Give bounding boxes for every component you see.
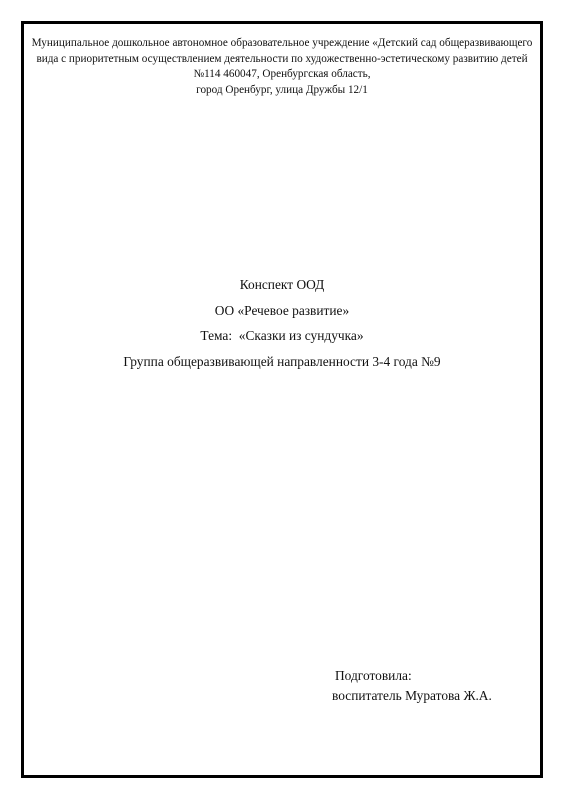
prepared-by-label: Подготовила: (332, 666, 492, 686)
document-type: Конспект ООД (24, 276, 540, 302)
author-block: Подготовила: воспитатель Муратова Ж.А. (332, 666, 492, 706)
page-border (21, 21, 543, 778)
header-line: Муниципальное дошкольное автономное обра… (24, 36, 540, 52)
author-name: воспитатель Муратова Ж.А. (332, 686, 492, 706)
title-block: Конспект ООД ОО «Речевое развитие» Тема:… (24, 276, 540, 379)
lesson-topic: Тема: «Сказки из сундучка» (24, 327, 540, 353)
institution-header: Муниципальное дошкольное автономное обра… (24, 36, 540, 98)
header-line: вида с приоритетным осуществлением деяте… (24, 52, 540, 68)
group-info: Группа общеразвивающей направленности 3-… (24, 353, 540, 379)
header-line: №114 460047, Оренбургская область, (24, 67, 540, 83)
educational-area: ОО «Речевое развитие» (24, 302, 540, 328)
header-line: город Оренбург, улица Дружбы 12/1 (24, 83, 540, 99)
